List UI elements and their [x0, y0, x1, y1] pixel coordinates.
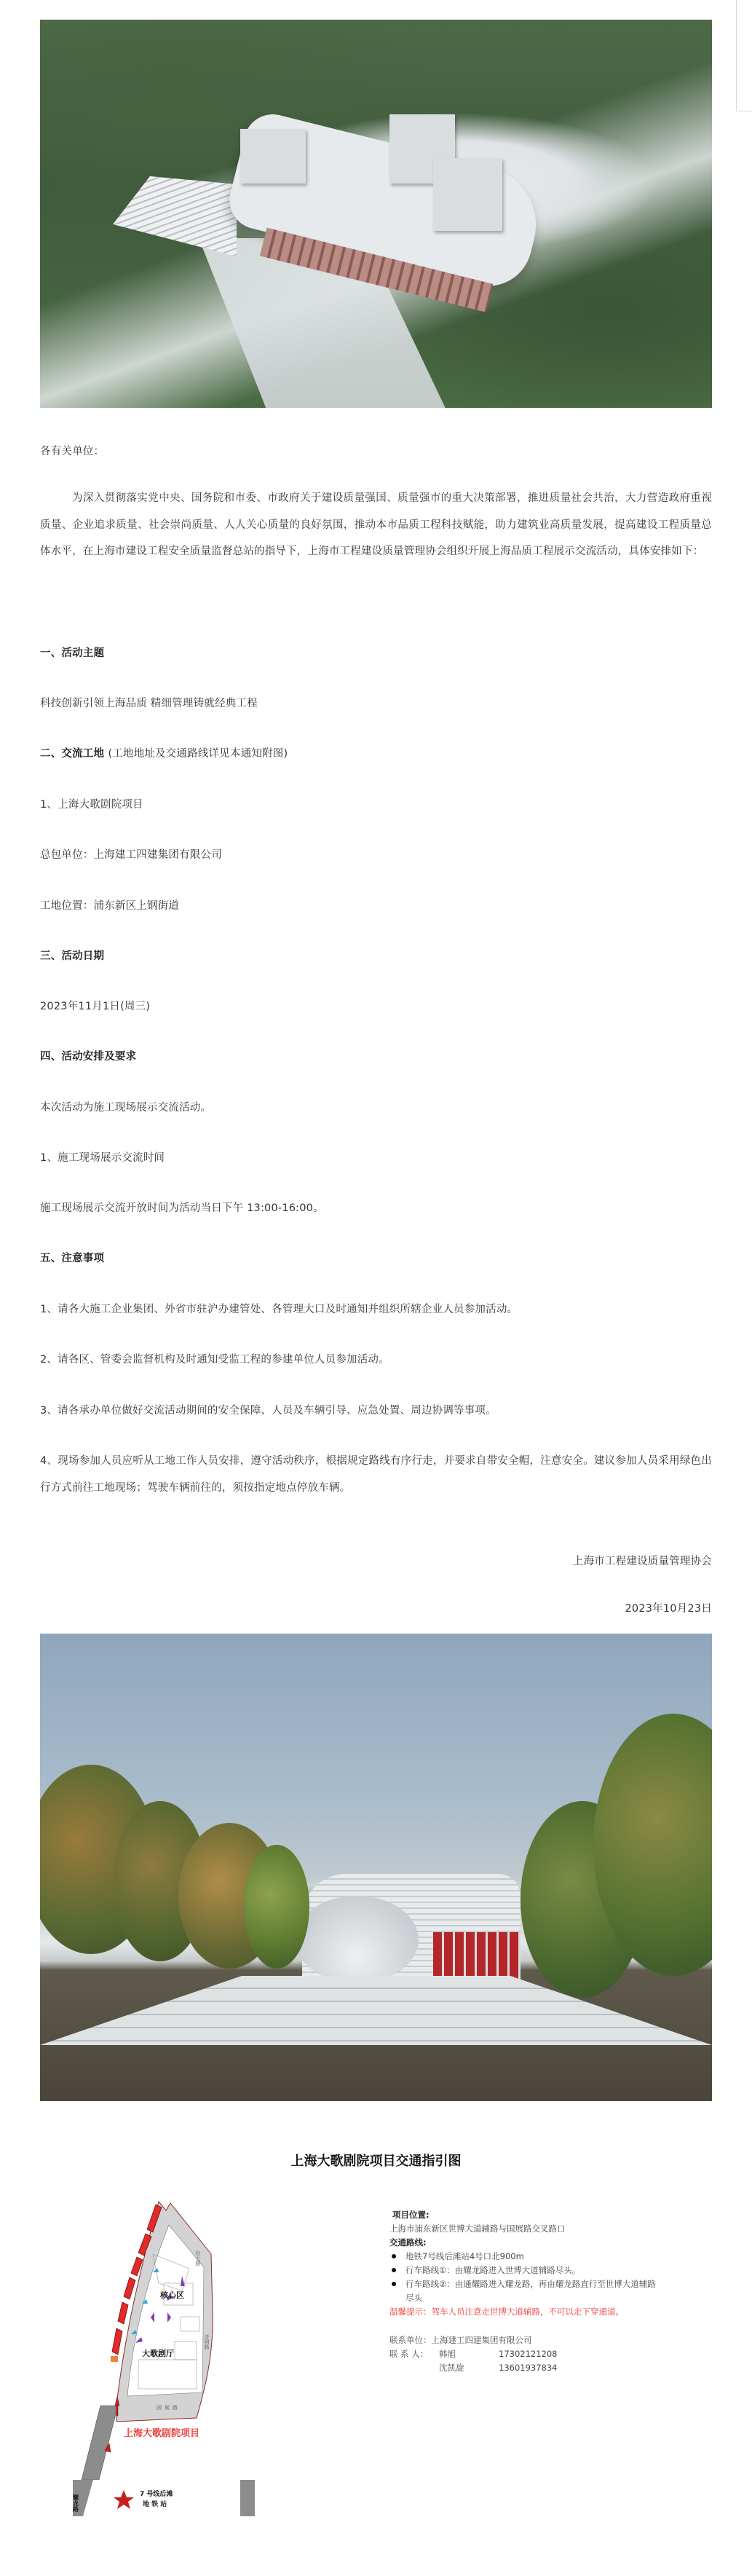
section-heading-4: 四、活动安排及要求: [40, 1047, 712, 1066]
aerial-render-image: [40, 20, 712, 408]
core-zone-label: 核心区: [159, 2290, 184, 2300]
section-5-item: 1、请各大施工企业集团、外省市驻沪办建管处、各管理大口及时通知并组织所辖企业人员…: [40, 1300, 712, 1319]
location-value: 上海市浦东新区世博大道辅路与国展路交叉路口: [389, 2222, 710, 2236]
entrance-marker: [111, 2356, 118, 2362]
contact-unit-value: 上海建工四建集团有限公司: [432, 2333, 532, 2347]
tree-shape: [244, 1845, 309, 1969]
road-label-jingqi: 经七路: [195, 2250, 201, 2266]
salutation: 各有关单位：: [40, 442, 712, 461]
intro-paragraph: 为深入贯彻落实党中央、国务院和市委、市政府关于建设质量强国、质量强市的重大决策部…: [40, 485, 712, 565]
street-render-image: [40, 1634, 712, 2101]
project-label: 上海大歌剧院项目: [124, 2427, 199, 2439]
road-label-guozhan: 国展路: [157, 2404, 181, 2411]
metro-label-line2: 地 铁 站: [143, 2500, 167, 2508]
map-title: 上海大歌剧院项目交通指引图: [0, 2151, 752, 2170]
traffic-map: 核心区 大歌剧厅 经七路 济明路 国展路 上海大歌剧院项目 通耀路: [73, 2174, 386, 2480]
road-label-yaolong: 耀龙路: [73, 2494, 79, 2513]
sidebar-edge-divider: [736, 0, 752, 111]
section-heading-3: 三、活动日期: [40, 947, 712, 966]
signature: 上海市工程建设质量管理协会: [40, 1552, 712, 1571]
section-5-item: 2、请各区、管委会监督机构及时通知受监工程的参建单位人员参加活动。: [40, 1350, 712, 1369]
contact-person-row: 沈凯旋 13601937834: [389, 2361, 710, 2375]
section-5-item: 4、现场参加人员应听从工地工作人员安排，遵守活动秩序，根据规定路线有序行走，并要…: [40, 1448, 712, 1501]
section-2-item: 总包单位：上海建工四建集团有限公司: [40, 846, 712, 864]
notice-date: 2023年10月23日: [40, 1599, 712, 1618]
metro-area: 耀龙路 7 号线后滩 地 铁 站: [73, 2480, 386, 2545]
stage-tower-shape: [240, 129, 306, 184]
warning-note: 温馨提示：驾车人员注意走世博大道辅路，不可以走下穿通道。: [389, 2305, 710, 2319]
contact-phone: 17302121208: [499, 2347, 557, 2361]
route-item: 地铁7号线后滩站4号口北900m: [389, 2250, 710, 2264]
contact-name: 沈凯旋: [439, 2361, 499, 2375]
section-3-item: 2023年11月1日(周三): [40, 997, 712, 1016]
section-1-item: 科技创新引领上海品质 精细管理铸就经典工程: [40, 694, 712, 713]
map-info-panel: 项目位置: 上海市浦东新区世博大道辅路与国展路交叉路口 交通路线: 地铁7号线后…: [389, 2208, 710, 2375]
stage-tower-shape: [433, 158, 502, 231]
contact-unit-label: 联系单位：: [389, 2333, 432, 2347]
route-item: 行车路线①：由耀龙路进入世博大道辅路尽头。: [389, 2264, 710, 2277]
location-label: 项目位置:: [389, 2208, 710, 2222]
section-heading-5: 五、注意事项: [40, 1249, 712, 1268]
section-2-item: 1、上海大歌剧院项目: [40, 795, 712, 814]
road-label-jiming: 济明路: [204, 2333, 210, 2350]
section-heading-1: 一、活动主题: [40, 644, 712, 663]
section-4-item: 施工现场展示交流开放时间为活动当日下午 13:00-16:00。: [40, 1199, 712, 1218]
routes-label: 交通路线:: [389, 2236, 710, 2250]
section-heading-2: 二、交流工地 (工地地址及交通路线详见本通知附图): [40, 744, 712, 763]
contact-phone: 13601937834: [499, 2361, 557, 2375]
stepped-roof-shape: [113, 176, 237, 256]
contact-person-label: 联 系 人：: [389, 2347, 439, 2361]
section-4-item: 1、施工现场展示交流时间: [40, 1149, 712, 1167]
contact-unit-row: 联系单位： 上海建工四建集团有限公司: [389, 2333, 710, 2347]
section-4-item: 本次活动为施工现场展示交流活动。: [40, 1098, 712, 1117]
shibo-aux-road: [82, 2406, 118, 2480]
contact-name: 韩旭: [439, 2347, 499, 2361]
metro-label-line1: 7 号线后滩: [140, 2489, 173, 2498]
section-5-item: 3、请各承办单位做好交流活动期间的安全保障、人员及车辆引导、应急处置、周边协调等…: [40, 1401, 712, 1420]
route-item: 行车路线②：由通耀路进入耀龙路，再由耀龙路直行至世博大道辅路尽头: [389, 2277, 659, 2305]
section-heading-2-note: (工地地址及交通路线详见本通知附图): [108, 748, 288, 760]
spiral-stair-shape: [295, 1896, 419, 1983]
side-road: [240, 2480, 255, 2516]
section-heading-2-title: 二、交流工地: [40, 748, 104, 760]
section-2-item: 工地位置：浦东新区上钢街道: [40, 897, 712, 915]
contact-person-row: 联 系 人： 韩旭 17302121208: [389, 2347, 710, 2361]
hall-zone-label: 大歌剧厅: [142, 2348, 174, 2358]
metro-station-star-icon: [114, 2490, 134, 2509]
